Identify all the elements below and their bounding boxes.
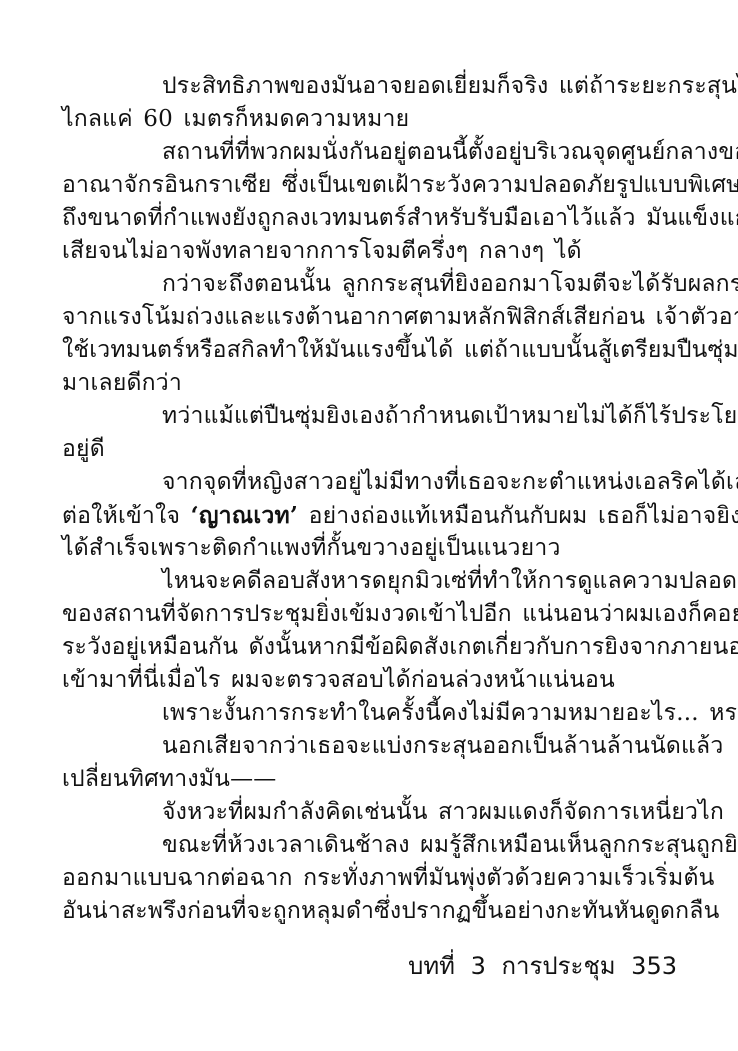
chapter-footer: บทที่ 3 การประชุม 353 [62,951,677,981]
text-line: ได้สำเร็จเพราะติดกำแพงที่กั้นขวางอยู่เป็… [62,532,678,565]
text-line: ออกมาแบบฉากต่อฉาก กระทั่งภาพที่มันพุ่งตั… [62,862,678,895]
text-line: ขณะที่ห้วงเวลาเดินช้าลง ผมรู้สึกเหมือนเห… [62,829,678,862]
text-line: กว่าจะถึงตอนนั้น ลูกกระสุนที่ยิงออกมาโจม… [62,268,678,301]
text-line: จากจุดที่หญิงสาวอยู่ไม่มีทางที่เธอจะกะตำ… [62,466,678,499]
text-line: อันน่าสะพรึงก่อนที่จะถูกหลุมดำซึ่งปรากฏข… [62,895,678,928]
text-line: จากแรงโน้มถ่วงและแรงต้านอากาศตามหลักฟิสิ… [62,301,678,334]
text-line: ใช้เวทมนตร์หรือสกิลทำให้มันแรงขึ้นได้ แต… [62,334,678,367]
text-line: ต่อให้เข้าใจ ‘ญาณเวท’ อย่างถ่องแท้เหมือน… [62,499,678,532]
text-segment: ต่อให้เข้าใจ [62,503,191,529]
text-line: อาณาจักรอินกราเซีย ซึ่งเป็นเขตเฝ้าระวังค… [62,169,678,202]
text-line: ทว่าแม้แต่ปืนซุ่มยิงเองถ้ากำหนดเป้าหมายไ… [62,400,678,433]
text-line: ประสิทธิภาพของมันอาจยอดเยี่ยมก็จริง แต่ถ… [62,70,678,103]
body-text-block: ประสิทธิภาพของมันอาจยอดเยี่ยมก็จริง แต่ถ… [62,70,678,928]
text-line: นอกเสียจากว่าเธอจะแบ่งกระสุนออกเป็นล้านล… [62,730,678,763]
text-line: สถานที่ที่พวกผมนั่งกันอยู่ตอนนี้ตั้งอยู่… [62,136,678,169]
text-line: อยู่ดี [62,433,678,466]
text-line: เสียจนไม่อาจพังทลายจากการโจมตีครึ่งๆ กลา… [62,235,678,268]
emphasized-term: ‘ญาณเวท’ [191,502,298,529]
text-line: ระวังอยู่เหมือนกัน ดังนั้นหากมีข้อผิดสัง… [62,631,678,664]
text-line: เพราะงั้นการกระทำในครั้งนี้คงไม่มีความหม… [62,697,678,730]
text-line: เข้ามาที่นี่เมื่อไร ผมจะตรวจสอบได้ก่อนล่… [62,664,678,697]
text-line: เปลี่ยนทิศทางมัน—— [62,763,678,796]
text-line: ของสถานที่จัดการประชุมยิ่งเข้มงวดเข้าไปอ… [62,598,678,631]
book-page: ประสิทธิภาพของมันอาจยอดเยี่ยมก็จริง แต่ถ… [0,0,738,1051]
text-line: ไกลแค่ 60 เมตรก็หมดความหมาย [62,103,678,136]
text-line: ไหนจะคดีลอบสังหารดยุกมิวเซ่ที่ทำให้การดู… [62,565,678,598]
text-line: มาเลยดีกว่า [62,367,678,400]
text-line: ถึงขนาดที่กำแพงยังถูกลงเวทมนตร์สำหรับรับ… [62,202,678,235]
text-segment: อย่างถ่องแท้เหมือนกันกับผม เธอก็ไม่อาจยิ… [298,503,738,529]
text-line: จังหวะที่ผมกำลังคิดเช่นนั้น สาวผมแดงก็จั… [62,796,678,829]
